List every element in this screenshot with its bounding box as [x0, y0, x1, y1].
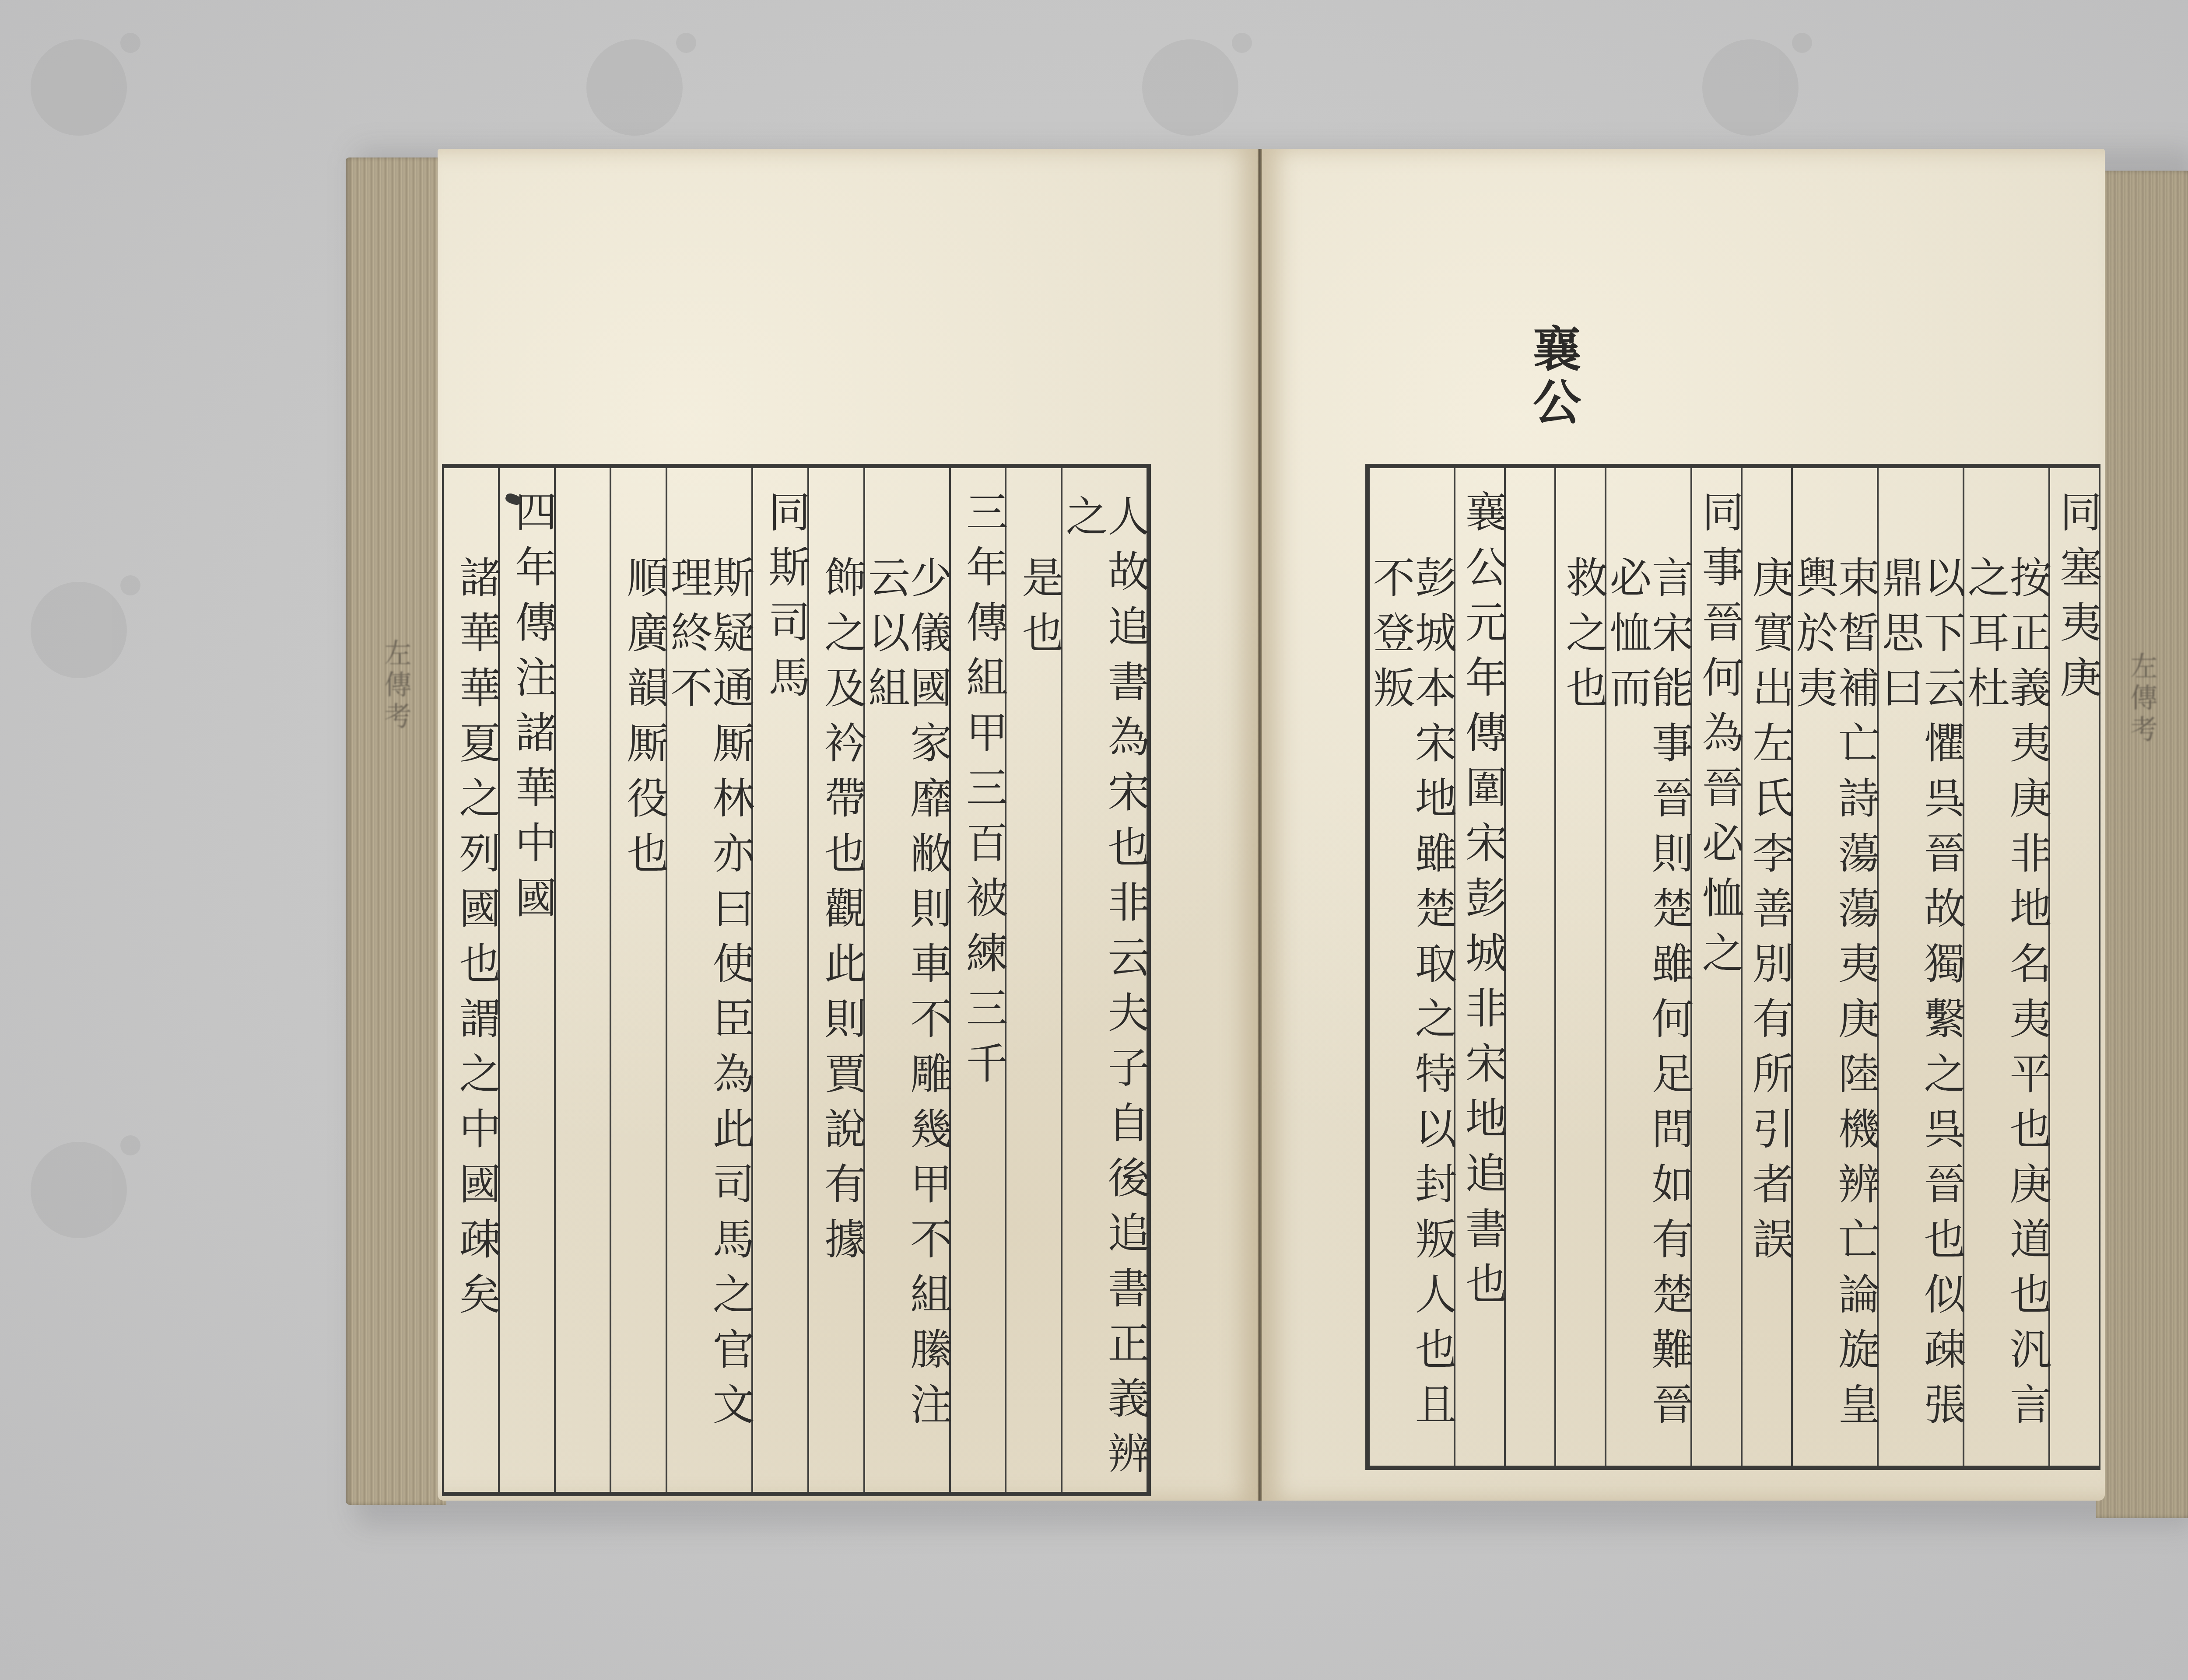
text-column: 按正義夷庚非地名夷平也庚道也汎言之耳杜 [1963, 468, 2048, 1466]
text-column: 彭城本宋地雖楚取之特以封叛人也且不登叛 [1370, 468, 1454, 1466]
text-column: 是也 [1005, 468, 1061, 1492]
text-column: 同事晉何為晉必恤之 [1690, 468, 1741, 1466]
text-column: 襄公元年傳圍宋彭城非宋地追書也 [1454, 468, 1504, 1466]
watermark-logo [565, 9, 691, 136]
watermark-logo [1120, 9, 1247, 136]
blank-column [554, 468, 610, 1492]
text-column: 諸華華夏之列國也謂之中國疎矣 [444, 468, 498, 1492]
watermark-logo [9, 9, 136, 136]
fore-edge-label: 左傳考 [2122, 652, 2161, 746]
text-column: 四年傳注諸華中國 [498, 468, 554, 1492]
watermark-logo [1680, 9, 1807, 136]
left-text-frame: 人故追書為宋也非云夫子自後追書正義辨之 是也 三年傳組甲三百被練三千 少儀國家靡… [442, 464, 1151, 1496]
text-column: 同斯司馬 [751, 468, 807, 1492]
book-gutter [1258, 149, 1262, 1501]
text-column: 斯疑通厮林亦曰使臣為此司馬之官文理終不 [666, 468, 751, 1492]
right-fore-edge: 左傳考 [2096, 171, 2188, 1518]
text-column: 人故追書為宋也非云夫子自後追書正義辨之 [1061, 468, 1147, 1492]
watermark-logo [9, 551, 136, 678]
text-column: 以下云懼呉晉故獨繫之呉晉也似疎張鼎思曰 [1877, 468, 1963, 1466]
blank-column [1504, 468, 1554, 1466]
text-column: 三年傳組甲三百被練三千 [949, 468, 1005, 1492]
left-fore-edge: 左傳考 [346, 157, 446, 1505]
text-column: 飾之及衿帶也觀此則賈說有據 [807, 468, 863, 1492]
fore-edge-label: 左傳考 [376, 639, 415, 733]
text-column: 少儀國家靡敝則車不雕幾甲不組縢注云以組 [863, 468, 949, 1492]
text-column: 救之也 [1554, 468, 1605, 1466]
text-column: 庚實出左氏李善別有所引者誤 [1741, 468, 1791, 1466]
text-column: 同塞夷庚 [2048, 468, 2099, 1466]
chapter-header: 襄公 [1518, 324, 1588, 430]
text-column: 言宋能事晉則楚雖何足問如有楚難晉必恤而 [1605, 468, 1690, 1466]
watermark-logo [9, 1111, 136, 1238]
text-column: 束皙補亡詩蕩蕩夷庚陸機辨亡論旋皇輿於夷 [1791, 468, 1877, 1466]
right-text-frame: 同塞夷庚 按正義夷庚非地名夷平也庚道也汎言之耳杜 以下云懼呉晉故獨繫之呉晉也似疎… [1365, 464, 2100, 1470]
text-column: 順廣韻厮役也 [610, 468, 666, 1492]
